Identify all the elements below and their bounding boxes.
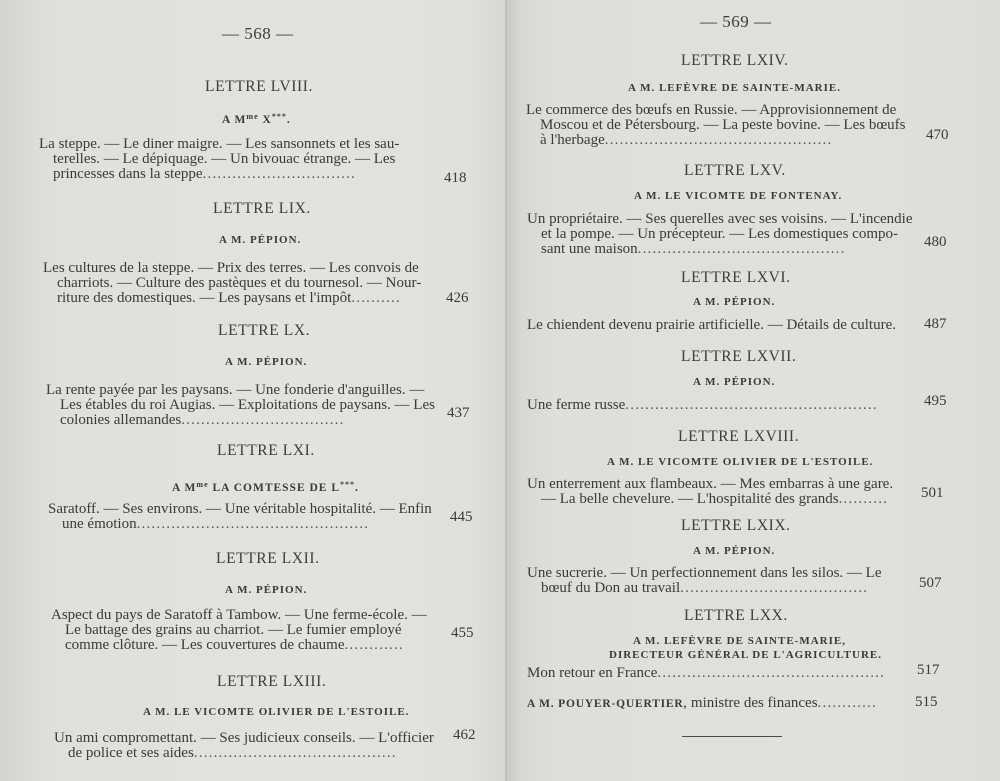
- leader-dots: ........................................…: [657, 665, 885, 681]
- toc-page-number: 462: [453, 727, 476, 744]
- letter-recipient-title: DIRECTEUR GÉNÉRAL DE L'AGRICULTURE.: [609, 648, 882, 662]
- letter-heading: LETTRE LXIII.: [217, 673, 326, 691]
- letter-recipient: A M. LE VICOMTE OLIVIER DE L'ESTOILE.: [607, 455, 873, 469]
- leader-dots: ............: [818, 695, 877, 711]
- leader-dots: ......................................: [680, 580, 868, 596]
- letter-recipient: A M. LE VICOMTE OLIVIER DE L'ESTOILE.: [143, 705, 409, 719]
- letter-heading: LETTRE LVIII.: [205, 78, 313, 96]
- toc-entry[interactable]: Le commerce des bœufs en Russie. — Appro…: [526, 103, 906, 148]
- leader-dots: ..........: [351, 290, 401, 306]
- letter-heading: LETTRE LXIV.: [681, 52, 789, 70]
- toc-entry-final[interactable]: A M. POUYER-QUERTIER, ministre des finan…: [527, 696, 877, 712]
- leader-dots: ........................................…: [194, 745, 397, 761]
- letter-heading: LETTRE LXVII.: [681, 348, 796, 366]
- toc-page-number: 517: [917, 662, 940, 679]
- letter-recipient: A M. LEFÈVRE DE SAINTE-MARIE.: [628, 81, 841, 95]
- letter-heading: LETTRE LXI.: [217, 442, 315, 460]
- letter-heading: LETTRE LX.: [218, 322, 310, 340]
- letter-heading: LETTRE LXVI.: [681, 269, 791, 287]
- letter-recipient: A M. LE VICOMTE DE FONTENAY.: [634, 189, 842, 203]
- letter-recipient: A Mme X***.: [222, 110, 291, 127]
- toc-page-number: 455: [451, 625, 474, 642]
- letter-heading: LETTRE LXVIII.: [678, 428, 799, 446]
- toc-page-number: 495: [924, 393, 947, 410]
- toc-page-number: 487: [924, 316, 947, 333]
- toc-page-number: 445: [450, 509, 473, 526]
- letter-recipient: A M. LEFÈVRE DE SAINTE-MARIE,: [633, 634, 846, 648]
- toc-entry[interactable]: La steppe. — Le diner maigre. — Les sans…: [39, 137, 399, 182]
- toc-page-number: 470: [926, 127, 949, 144]
- toc-entry[interactable]: Aspect du pays de Saratoff à Tambow. — U…: [51, 608, 427, 653]
- letter-recipient: A M. PÉPION.: [693, 375, 775, 389]
- toc-page-number: 426: [446, 290, 469, 307]
- toc-entry[interactable]: Une sucrerie. — Un perfectionnement dans…: [527, 566, 881, 596]
- left-page: — 568 — LETTRE LVIII. A Mme X***. La ste…: [0, 0, 507, 781]
- right-page: — 569 — LETTRE LXIV. A M. LEFÈVRE DE SAI…: [507, 0, 1000, 781]
- toc-page-number: 418: [444, 170, 467, 187]
- leader-dots: .................................: [181, 412, 344, 428]
- toc-entry[interactable]: Un ami compromettant. — Ses judicieux co…: [54, 731, 434, 761]
- book-spread: — 568 — LETTRE LVIII. A Mme X***. La ste…: [0, 0, 1000, 781]
- toc-page-number: 437: [447, 405, 470, 422]
- toc-entry[interactable]: Saratoff. — Ses environs. — Une véritabl…: [48, 502, 432, 532]
- end-rule: [682, 736, 782, 737]
- leader-dots: ..........: [839, 491, 889, 507]
- leader-dots: ........................................…: [638, 241, 846, 257]
- letter-heading: LETTRE LXII.: [216, 550, 320, 568]
- letter-recipient: A M. PÉPION.: [693, 295, 775, 309]
- letter-heading: LETTRE LXX.: [684, 607, 788, 625]
- toc-entry[interactable]: Une ferme russe.........................…: [527, 398, 878, 413]
- toc-page-number: 507: [919, 575, 942, 592]
- toc-entry[interactable]: Un propriétaire. — Ses querelles avec se…: [527, 212, 913, 257]
- letter-recipient: A Mme LA COMTESSE DE L***.: [172, 478, 359, 495]
- toc-entry[interactable]: Le chiendent devenu prairie artificielle…: [527, 318, 896, 333]
- toc-entry[interactable]: Les cultures de la steppe. — Prix des te…: [43, 261, 421, 306]
- toc-page-number: 515: [915, 694, 938, 711]
- letter-heading: LETTRE LXIX.: [681, 517, 791, 535]
- leader-dots: ...............................: [203, 166, 356, 182]
- page-number-header: — 568 —: [222, 24, 294, 44]
- letter-recipient: A M. PÉPION.: [693, 544, 775, 558]
- toc-entry[interactable]: Un enterrement aux flambeaux. — Mes emba…: [527, 477, 893, 507]
- page-number-header: — 569 —: [700, 12, 772, 32]
- letter-heading: LETTRE LIX.: [213, 200, 311, 218]
- toc-page-number: 480: [924, 234, 947, 251]
- leader-dots: ........................................…: [137, 516, 370, 532]
- toc-entry[interactable]: La rente payée par les paysans. — Une fo…: [46, 383, 435, 428]
- leader-dots: ............: [344, 637, 403, 653]
- letter-recipient: A M. PÉPION.: [225, 583, 307, 597]
- letter-recipient: A M. PÉPION.: [219, 233, 301, 247]
- toc-page-number: 501: [921, 485, 944, 502]
- letter-heading: LETTRE LXV.: [684, 162, 786, 180]
- toc-entry[interactable]: Mon retour en France....................…: [527, 666, 885, 681]
- leader-dots: ........................................…: [625, 397, 877, 413]
- letter-recipient: A M. PÉPION.: [225, 355, 307, 369]
- leader-dots: ........................................…: [605, 132, 833, 148]
